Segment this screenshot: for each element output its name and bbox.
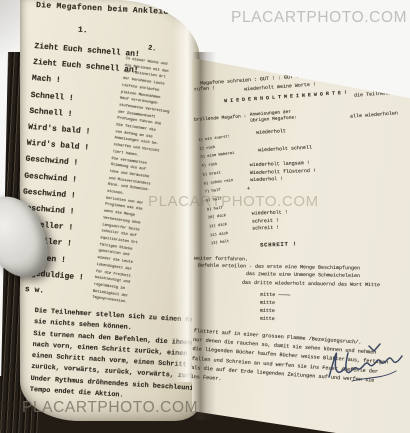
mitte-line: mitte <box>260 315 290 324</box>
repeat-line: wiederhol ! <box>250 175 316 185</box>
headline-caps: W I E D E R H O L T M E I N E W O R T E … <box>224 90 347 105</box>
column-1-label: 1. <box>78 26 88 36</box>
book-photo: Die Megafonen beim Ankleiden ! 1. Zieht … <box>0 0 410 433</box>
right-header-line2b: wiederholt meine Worte ! <box>244 81 316 92</box>
repeat-group: wiederholt langsam !Wiederholt flüsternd… <box>250 160 317 185</box>
watermark-middle: PLACARTPHOTO.COM <box>148 193 319 210</box>
right-header-line2a: rufen ! <box>194 85 215 92</box>
mitte-intro2: Befehle erteilen - das erste eine Menge … <box>198 263 360 272</box>
mitte-repeat-list: mitte ————mittemittemitte <box>260 291 291 324</box>
wiederholt-label: wiederholt <box>256 128 286 136</box>
shout-group: wiederholt !schreit !schreit ! <box>252 209 289 233</box>
left-page: Die Megafonen beim Ankleiden ! 1. Zieht … <box>20 0 200 421</box>
shout-line: wiederholt ! <box>252 209 288 218</box>
watermark-top: PLACARTPHOTO.COM <box>231 9 407 27</box>
column-2-label: 2. <box>147 44 156 53</box>
column-right-label: alle wiederholen <box>350 110 398 119</box>
mitte-line2: das zweite eine Unmenge Schmeicheleien <box>246 271 360 279</box>
wiederholt-schnell-label: wiederholt schnell <box>258 145 312 154</box>
signature-handwriting <box>322 331 406 389</box>
mitte-line3: das dritte wiederholt andauernd das Wort… <box>242 280 380 288</box>
plus-mark: + <box>247 186 250 192</box>
numbered-list: 1) ein zuerst!2) rück3) eine Weberei4) r… <box>198 133 246 249</box>
watermark-bottom: PLACARTPHOTO.COM <box>22 399 198 417</box>
shout-caps-label: SCHREIT ! <box>260 240 297 248</box>
left-page-heading: Die Megafonen beim Ankleiden ! <box>36 1 189 18</box>
column-mid-label: Anweisungen derübrigen Megafone: <box>250 109 298 123</box>
mitte-intro1: weiter fortfahren. <box>194 256 248 263</box>
column-left-label: brüllende Megafon : <box>194 114 247 123</box>
participants-label: die Teilnehmer ! <box>354 89 402 98</box>
shout-line: schreit ! <box>252 225 288 234</box>
right-page: Megafone schreien : GUT ! : GUT ! ! rufe… <box>186 55 410 433</box>
